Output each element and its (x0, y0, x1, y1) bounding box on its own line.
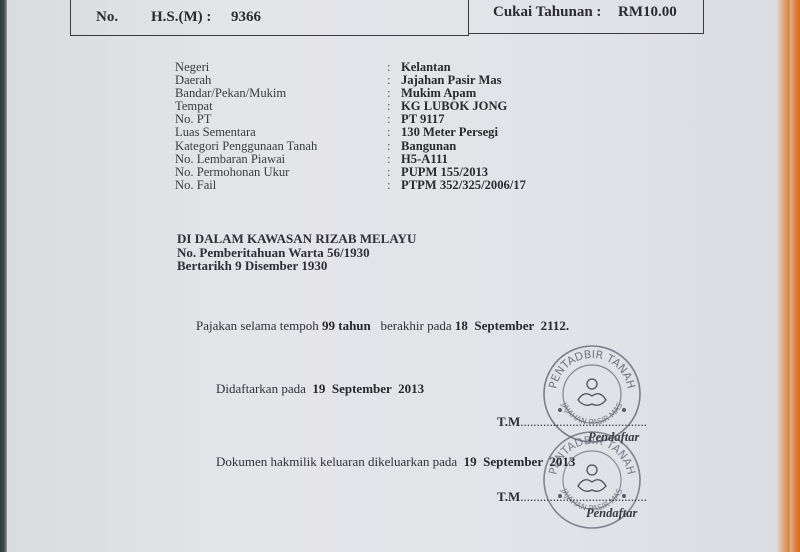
detail-separator: : (387, 153, 401, 166)
registered-prefix: Didaftarkan pada (216, 381, 312, 396)
issued-prefix: Dokumen hakmilik keluaran dikeluarkan pa… (216, 454, 464, 469)
signature-dots-2: ....................................... (520, 489, 647, 504)
paper-edge-right (790, 0, 800, 552)
registrar-label-2: Pendaftar (586, 506, 637, 521)
cukai-value: RM10.00 (618, 4, 677, 21)
paper-edge-left (0, 0, 7, 552)
tm-label-2: T.M (497, 489, 520, 504)
detail-separator: : (387, 179, 401, 192)
detail-row: No. Permohonan Ukur:PUPM 155/2013 (175, 166, 526, 179)
tm-label: T.M (497, 414, 520, 429)
malay-reserve-block: DI DALAM KAWASAN RIZAB MELAYU No. Pember… (177, 232, 416, 273)
detail-value: PTPM 352/325/2006/17 (401, 179, 526, 192)
reserve-warta: No. Pemberitahuan Warta 56/1930 (177, 246, 416, 260)
detail-value: PUPM 155/2013 (401, 166, 488, 179)
no-label: No. (96, 9, 118, 26)
issued-statement: Dokumen hakmilik keluaran dikeluarkan pa… (216, 454, 575, 470)
detail-row: No. Lembaran Piawai:H5-A111 (175, 153, 526, 166)
lease-term: 99 tahun (322, 318, 371, 333)
registered-statement: Didaftarkan pada 19 September 2013 (216, 381, 424, 397)
detail-label: Kategori Penggunaan Tanah (175, 140, 387, 153)
registered-date: 19 September 2013 (312, 381, 424, 396)
detail-value: H5-A111 (401, 153, 448, 166)
detail-value: Bangunan (401, 140, 456, 153)
detail-value: 130 Meter Persegi (401, 126, 498, 139)
detail-label: No. Lembaran Piawai (175, 153, 387, 166)
land-details: Negeri:KelantanDaerah:Jajahan Pasir MasB… (175, 61, 526, 192)
lease-middle: berakhir pada (371, 318, 455, 333)
detail-row: Kategori Penggunaan Tanah:Bangunan (175, 140, 526, 153)
detail-label: Luas Sementara (175, 126, 387, 139)
detail-row: Luas Sementara:130 Meter Persegi (175, 126, 526, 139)
signature-line-2: T.M.....................................… (497, 489, 647, 505)
detail-label: No. Permohonan Ukur (175, 166, 387, 179)
detail-row: No. Fail:PTPM 352/325/2006/17 (175, 179, 526, 192)
svg-text:PENTADBIR TANAH: PENTADBIR TANAH (546, 434, 637, 476)
hs-number: 9366 (231, 9, 261, 26)
detail-separator: : (387, 166, 401, 179)
lease-statement: Pajakan selama tempoh 99 tahun berakhir … (196, 318, 569, 334)
detail-separator: : (387, 140, 401, 153)
detail-separator: : (387, 126, 401, 139)
reserve-dated: Bertarikh 9 Disember 1930 (177, 259, 416, 273)
lease-prefix: Pajakan selama tempoh (196, 318, 322, 333)
detail-label: No. Fail (175, 179, 387, 192)
hs-label: H.S.(M) : (151, 9, 211, 26)
cukai-label: Cukai Tahunan : (493, 4, 601, 21)
signature-dots: ....................................... (520, 414, 647, 429)
detail-row: Tempat:KG LUBOK JONG (175, 100, 526, 113)
svg-text:PENTADBIR TANAH: PENTADBIR TANAH (546, 348, 637, 390)
title-number-box (70, 0, 469, 36)
reserve-title: DI DALAM KAWASAN RIZAB MELAYU (177, 232, 416, 246)
lease-end-date: 18 September 2112. (455, 318, 569, 333)
